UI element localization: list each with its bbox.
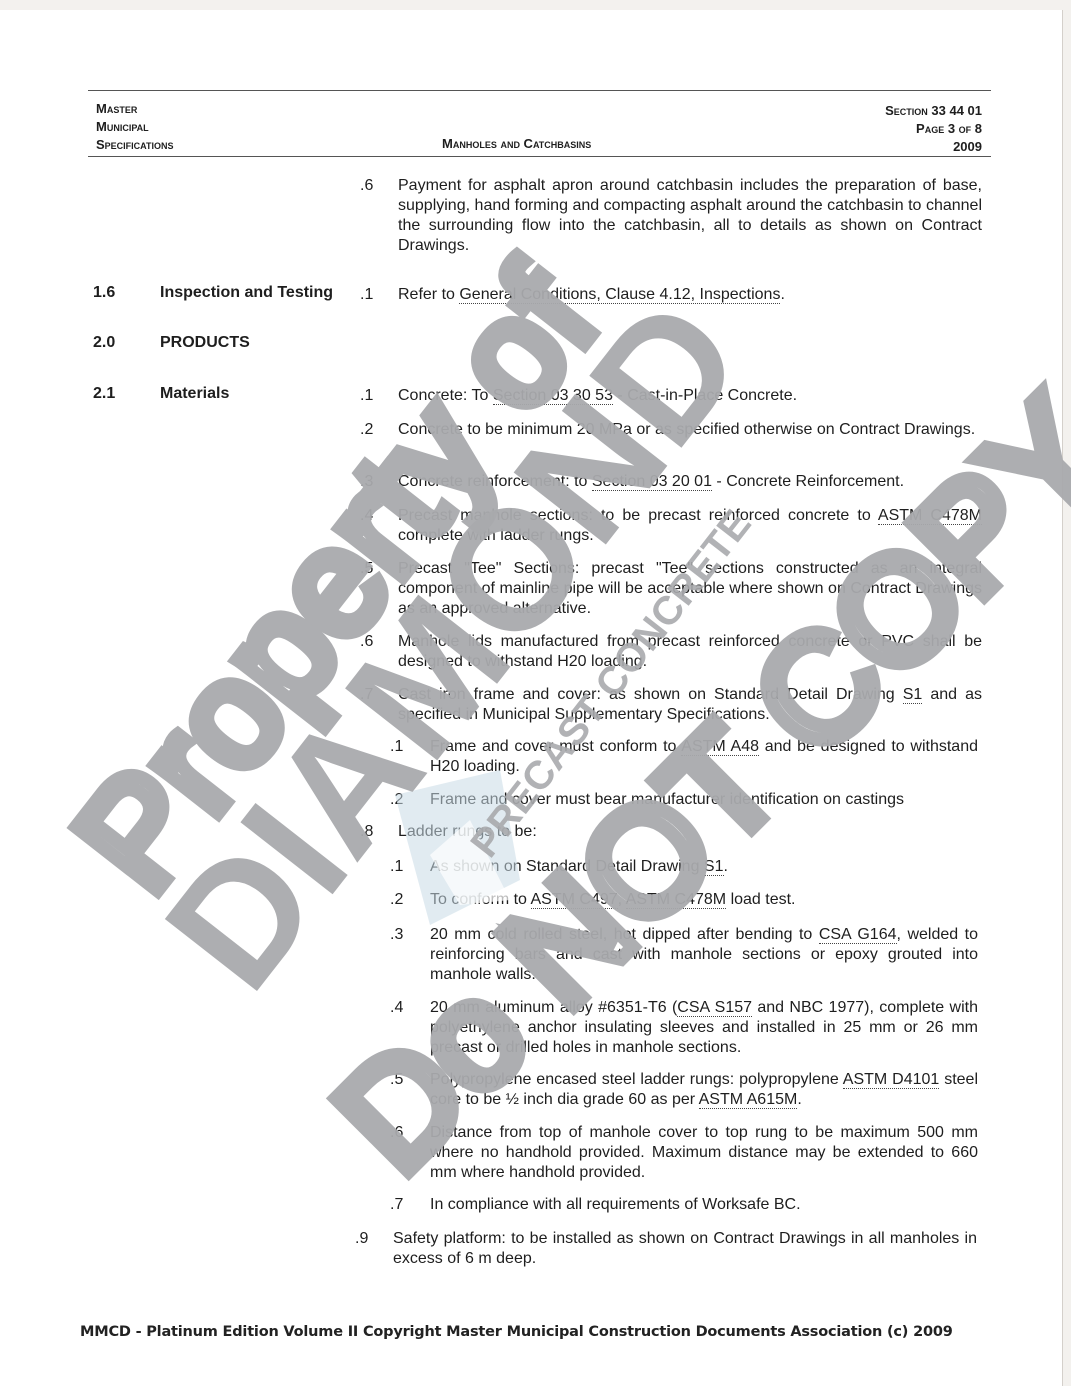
- clause-text: Concrete: To Section 03 30 53 - Cast-in-…: [398, 386, 982, 406]
- section-number: 1.6: [93, 284, 115, 302]
- clause-text: 20 mm aluminum alloy #6351-T6 (CSA S157 …: [430, 998, 978, 1058]
- reference-link[interactable]: ASTM C478M: [878, 507, 982, 525]
- section-number: 2.1: [93, 385, 115, 403]
- header-section-info: Section 33 44 01 Page 3 of 8 2009: [885, 102, 982, 156]
- section-number: 2.0: [93, 334, 115, 352]
- header-organization: Master Municipal Specifications: [96, 100, 174, 154]
- clause-text: Refer to General Conditions, Clause 4.12…: [398, 285, 982, 305]
- clause-text: 20 mm cold rolled steel, hot dipped afte…: [430, 925, 978, 985]
- clause-number: .2: [390, 790, 403, 810]
- reference-link[interactable]: CSA S157: [677, 999, 752, 1017]
- org-line: Municipal: [96, 118, 174, 136]
- header-year: 2009: [885, 138, 982, 156]
- clause-number: .9: [355, 1229, 368, 1249]
- clause-number: .6: [360, 176, 373, 196]
- clause-number: .5: [390, 1070, 403, 1090]
- clause-text: Frame and cover must bear manufacturer i…: [430, 790, 978, 810]
- reference-link[interactable]: S1: [704, 858, 724, 876]
- clause-text: Distance from top of manhole cover to to…: [430, 1123, 978, 1183]
- clause-number: .1: [390, 737, 403, 757]
- reference-link[interactable]: ASTM C478M: [626, 891, 726, 909]
- reference-link[interactable]: S1: [903, 686, 923, 704]
- clause-number: .3: [390, 925, 403, 945]
- clause-text: As shown on Standard Detail Drawing S1.: [430, 857, 978, 877]
- org-line: Master: [96, 100, 174, 118]
- clause-number: .5: [360, 559, 373, 579]
- reference-link[interactable]: ASTM C497: [531, 891, 618, 909]
- reference-link[interactable]: ASTM D4101: [843, 1071, 940, 1089]
- clause-number: .7: [360, 685, 373, 705]
- reference-link[interactable]: ASTM A48: [681, 738, 759, 756]
- reference-link[interactable]: Section 03 30 53: [493, 387, 613, 405]
- clause-text: Polypropylene encased steel ladder rungs…: [430, 1070, 978, 1110]
- clause-text: Precast manhole sections: to be precast …: [398, 506, 982, 546]
- page-number: Page 3 of 8: [885, 120, 982, 138]
- clause-text: Precast "Tee" Sections: precast "Tee" se…: [398, 559, 982, 619]
- clause-text: Safety platform: to be installed as show…: [393, 1229, 977, 1269]
- clause-text: Frame and cover must conform to ASTM A48…: [430, 737, 978, 777]
- section-title: Materials: [160, 385, 229, 403]
- clause-text: Payment for asphalt apron around catchba…: [398, 176, 982, 256]
- clause-number: .3: [360, 472, 373, 492]
- reference-link[interactable]: General Conditions, Clause 4.12, Inspect…: [459, 286, 780, 304]
- clause-number: .1: [360, 285, 373, 305]
- clause-text: To conform to ASTM C497, ASTM C478M load…: [430, 890, 978, 910]
- clause-text: Cast iron frame and cover: as shown on S…: [398, 685, 982, 725]
- clause-number: .6: [360, 632, 373, 652]
- clause-text: Concrete reinforcement: to Section 03 20…: [398, 472, 982, 492]
- copyright-footer: MMCD - Platinum Edition Volume II Copyri…: [80, 1324, 953, 1340]
- clause-text: Ladder rungs to be:: [398, 822, 982, 842]
- clause-number: .4: [390, 998, 403, 1018]
- clause-number: .6: [390, 1123, 403, 1143]
- reference-link[interactable]: Section 03 20 01: [592, 473, 712, 491]
- reference-link[interactable]: CSA G164: [819, 926, 897, 944]
- clause-text: Manhole lids manufactured from precast r…: [398, 632, 982, 672]
- clause-number: .2: [390, 890, 403, 910]
- clause-number: .7: [390, 1195, 403, 1215]
- clause-text: Concrete to be minimum 20 MPa or as spec…: [398, 420, 982, 440]
- clause-number: .1: [360, 386, 373, 406]
- section-title: PRODUCTS: [160, 334, 250, 352]
- header-rule-top: [88, 90, 991, 91]
- clause-number: .4: [360, 506, 373, 526]
- clause-number: .8: [360, 822, 373, 842]
- reference-link[interactable]: ASTM A615M: [699, 1091, 798, 1109]
- section-number: Section 33 44 01: [885, 102, 982, 120]
- org-line: Specifications: [96, 136, 174, 154]
- clause-number: .2: [360, 420, 373, 440]
- section-title: Inspection and Testing: [160, 284, 333, 302]
- clause-number: .1: [390, 857, 403, 877]
- clause-text: In compliance with all requirements of W…: [430, 1195, 978, 1215]
- header-title: Manholes and Catchbasins: [442, 136, 591, 151]
- header-rule-bottom: [88, 156, 991, 157]
